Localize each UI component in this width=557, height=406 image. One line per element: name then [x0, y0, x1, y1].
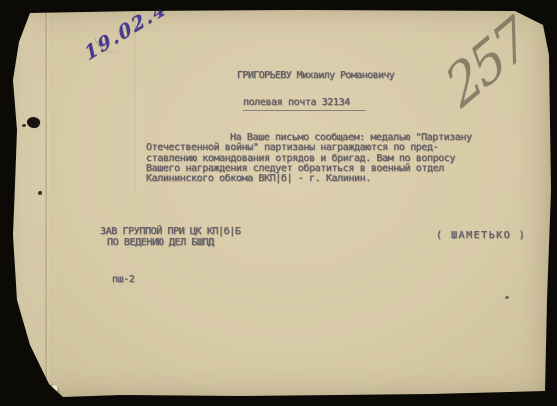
paper-sheet: 19.02.47. 257 ГРИГОРЬЕВУ Михаилу Романов… [0, 0, 557, 406]
scanned-document: 19.02.47. 257 ГРИГОРЬЕВУ Михаилу Романов… [0, 0, 557, 406]
left-fold-tint [13, 12, 49, 397]
paper-hole-small [22, 124, 26, 127]
recipient-line: ГРИГОРЬЕВУ Михаилу Романовичу [237, 70, 394, 81]
punch-hole [50, 385, 59, 394]
vertical-crease-left [45, 12, 49, 396]
body-line: Калининского обкома ВКП|б| - г. Калинин. [146, 174, 472, 184]
footer-code: пш-2 [112, 274, 134, 285]
signature-block-title-line2: ПО ВЕДЕНИЮ ДЕЛ БШПД [107, 237, 214, 248]
handwritten-folio-number: 257 [436, 7, 538, 121]
signature-name: ( ШАМЕТЬКО ) [436, 230, 526, 241]
field-post-line: полевая почта 32134 [243, 97, 366, 111]
signature-block-title-line1: ЗАВ ГРУППОЙ ПРИ ЦК КП|б|Б [100, 226, 241, 237]
paper-hole-small [38, 191, 42, 195]
body-paragraph: На Ваше письмо сообщаем: медалью "Партиз… [146, 133, 472, 184]
paper-speck [505, 296, 509, 299]
